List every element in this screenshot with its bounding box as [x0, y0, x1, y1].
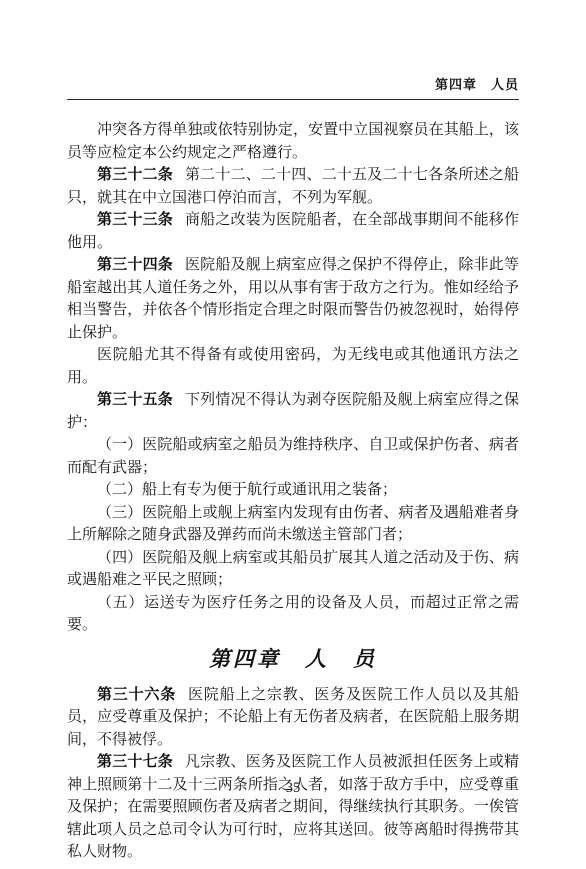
page-number: 35	[0, 780, 586, 797]
list-item-text: （四）医院船及舰上病室或其船员扩展其人道之活动及于伤、病或遇船难之平民之照顾；	[67, 550, 519, 589]
paragraph: 医院船尤其不得备有或使用密码，为无线电或其他通讯方法之用。	[67, 344, 519, 389]
body-copy: 冲突各方得单独或依特别协定，安置中立国视察员在其船上，该员等应检定本公约规定之严…	[67, 119, 519, 864]
page-number-text: 35	[286, 780, 301, 796]
article-number: 第三十四条	[97, 256, 173, 273]
article-number: 第三十二条	[97, 166, 173, 183]
article-number: 第三十七条	[97, 753, 173, 770]
paragraph-text: 医院船尤其不得备有或使用密码，为无线电或其他通讯方法之用。	[67, 347, 519, 386]
article-number: 第三十六条	[97, 686, 176, 703]
document-page: 第四章 人员 冲突各方得单独或依特别协定，安置中立国视察员在其船上，该员等应检定…	[0, 0, 586, 869]
article-number: 第三十三条	[97, 211, 173, 228]
list-item-paragraph: （三）医院船上或舰上病室内发现有由伤者、病者及遇船难者身上所解除之随身武器及弹药…	[67, 502, 519, 547]
chapter-heading: 第四章 人 员	[67, 646, 519, 673]
article-paragraph: 第三十四条医院船及舰上病室应得之保护不得停止，除非此等船室越出其人道任务之外，用…	[67, 254, 519, 344]
list-item-text: （二）船上有专为便于航行或通讯用之装备；	[97, 482, 397, 498]
article-paragraph: 第三十六条医院船上之宗教、医务及医院工作人员以及其船员，应受尊重及保护；不论船上…	[67, 684, 519, 752]
paragraph-text: 冲突各方得单独或依特别协定，安置中立国视察员在其船上，该员等应检定本公约规定之严…	[67, 122, 519, 161]
list-item-paragraph: （四）医院船及舰上病室或其船员扩展其人道之活动及于伤、病或遇船难之平民之照顾；	[67, 547, 519, 592]
article-paragraph: 第三十七条凡宗教、医务及医院工作人员被派担任医务上或精神上照顾第十二及十三两条所…	[67, 751, 519, 864]
article-paragraph: 第三十五条下列情况不得认为剥夺医院船及舰上病室应得之保护：	[67, 389, 519, 434]
running-header-text: 第四章 人员	[435, 77, 519, 92]
paragraph: 冲突各方得单独或依特别协定，安置中立国视察员在其船上，该员等应检定本公约规定之严…	[67, 119, 519, 164]
text-block: 第四章 人员 冲突各方得单独或依特别协定，安置中立国视察员在其船上，该员等应检定…	[67, 78, 519, 864]
list-item-text: （五）运送专为医疗任务之用的设备及人员，而超过正常之需要。	[67, 595, 519, 634]
article-paragraph: 第三十三条商船之改装为医院船者，在全部战事期间不能移作他用。	[67, 209, 519, 254]
list-item-text: （三）医院船上或舰上病室内发现有由伤者、病者及遇船难者身上所解除之随身武器及弹药…	[67, 505, 519, 544]
list-item-paragraph: （二）船上有专为便于航行或通讯用之装备；	[67, 479, 519, 502]
article-number: 第三十五条	[97, 391, 173, 408]
running-header: 第四章 人员	[67, 78, 519, 100]
article-paragraph: 第三十二条第二十二、二十四、二十五及二十七各条所述之船只，就其在中立国港口停泊而…	[67, 164, 519, 209]
list-item-paragraph: （一）医院船或病室之船员为维持秩序、自卫或保护伤者、病者而配有武器；	[67, 434, 519, 479]
chapter-heading-text: 第四章 人 员	[209, 647, 377, 671]
list-item-text: （一）医院船或病室之船员为维持秩序、自卫或保护伤者、病者而配有武器；	[67, 437, 519, 476]
list-item-paragraph: （五）运送专为医疗任务之用的设备及人员，而超过正常之需要。	[67, 592, 519, 637]
